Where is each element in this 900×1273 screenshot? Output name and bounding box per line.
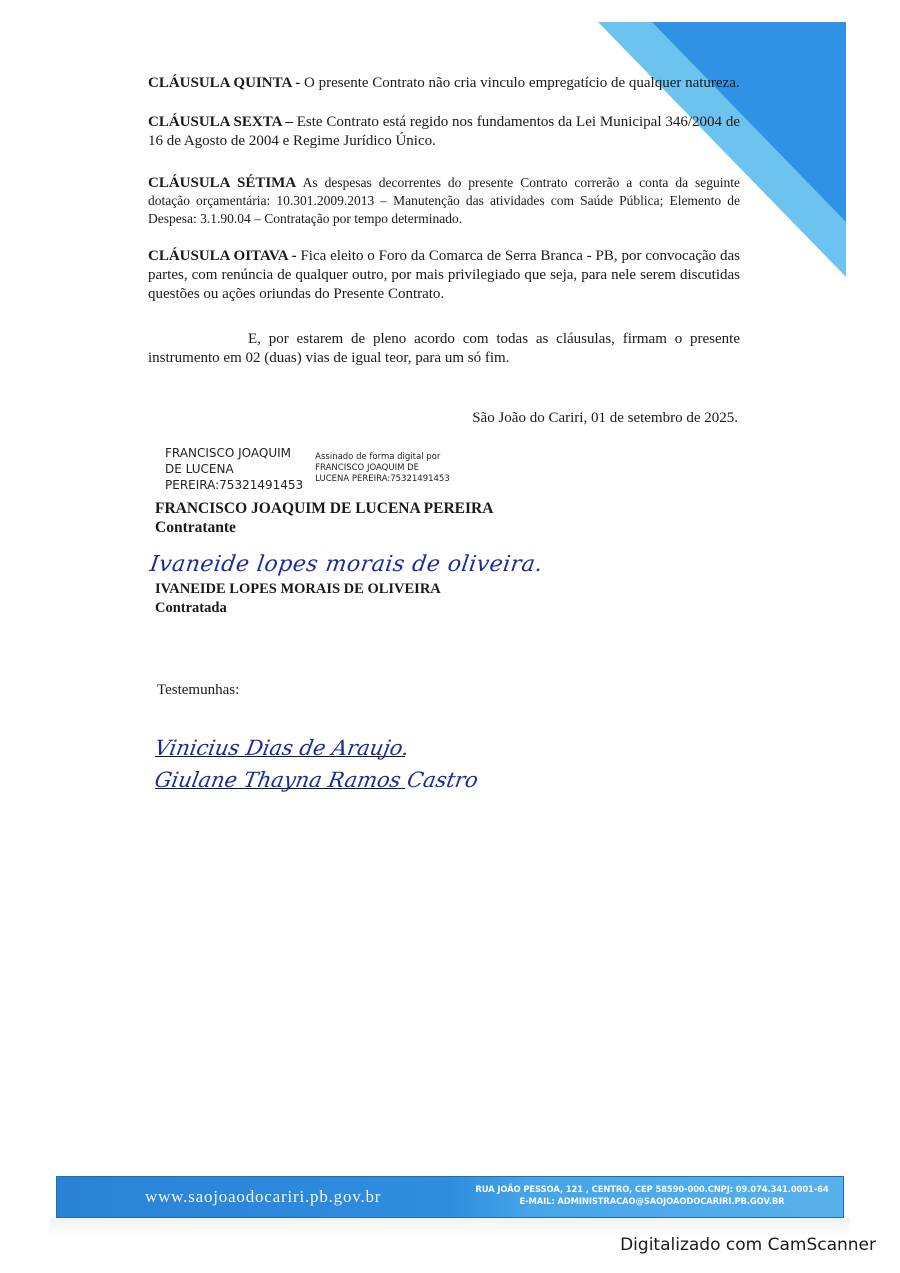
footer-url: www.saojoaodocariri.pb.gov.br [145,1187,381,1207]
contratada-role: Contratada [155,599,441,618]
clause-quinta: CLÁUSULA QUINTA - O presente Contrato nã… [148,74,740,93]
clause-oitava: CLÁUSULA OITAVA - Fica eleito o Foro da … [148,247,740,304]
footer-bar: www.saojoaodocariri.pb.gov.br RUA JOÃO P… [56,1176,844,1218]
witness-signature: Giulane Thayna Ramos Castro [153,768,480,792]
digital-signature: FRANCISCO JOAQUIM DE LUCENA PEREIRA:7532… [165,445,450,493]
digital-signature-name: FRANCISCO JOAQUIM DE LUCENA PEREIRA:7532… [165,445,303,493]
clause-setima: CLÁUSULA SÉTIMA As despesas decorrentes … [148,174,740,228]
clause-sexta: CLÁUSULA SEXTA – Este Contrato está regi… [148,113,740,151]
witness-signature-line: Vinicius Dias de Araujo. [155,728,405,757]
closing-paragraph: E, por estarem de pleno acordo com todas… [148,330,740,368]
contratada-block: IVANEIDE LOPES MORAIS DE OLIVEIRA Contra… [155,580,441,618]
clause-label: CLÁUSULA SÉTIMA [148,175,303,191]
date-line: São João do Cariri, 01 de setembro de 20… [420,410,738,427]
clause-label: CLÁUSULA SEXTA – [148,114,297,130]
camscanner-watermark: Digitalizado com CamScanner [620,1235,876,1255]
contratada-handwritten-signature: Ivaneide lopes morais de oliveira. [148,552,544,577]
contratada-name: IVANEIDE LOPES MORAIS DE OLIVEIRA [155,580,441,599]
witnesses-label: Testemunhas: [157,682,239,699]
clause-label: CLÁUSULA OITAVA - [148,248,300,264]
contratante-name: FRANCISCO JOAQUIM DE LUCENA PEREIRA [155,499,493,518]
witness-signature-line: Giulane Thayna Ramos Castro [155,758,405,789]
clause-label: CLÁUSULA QUINTA - [148,75,304,91]
contratante-role: Contratante [155,518,493,537]
contratante-block: FRANCISCO JOAQUIM DE LUCENA PEREIRA Cont… [155,499,493,537]
witness-signature: Vinicius Dias de Araujo. [153,736,411,760]
footer-shadow [50,1218,850,1236]
digital-signature-info: Assinado de forma digital por FRANCISCO … [315,445,450,493]
footer-address: RUA JOÃO PESSOA, 121 , CENTRO, CEP 58590… [467,1183,837,1207]
clause-text: O presente Contrato não cria vinculo emp… [304,75,740,91]
